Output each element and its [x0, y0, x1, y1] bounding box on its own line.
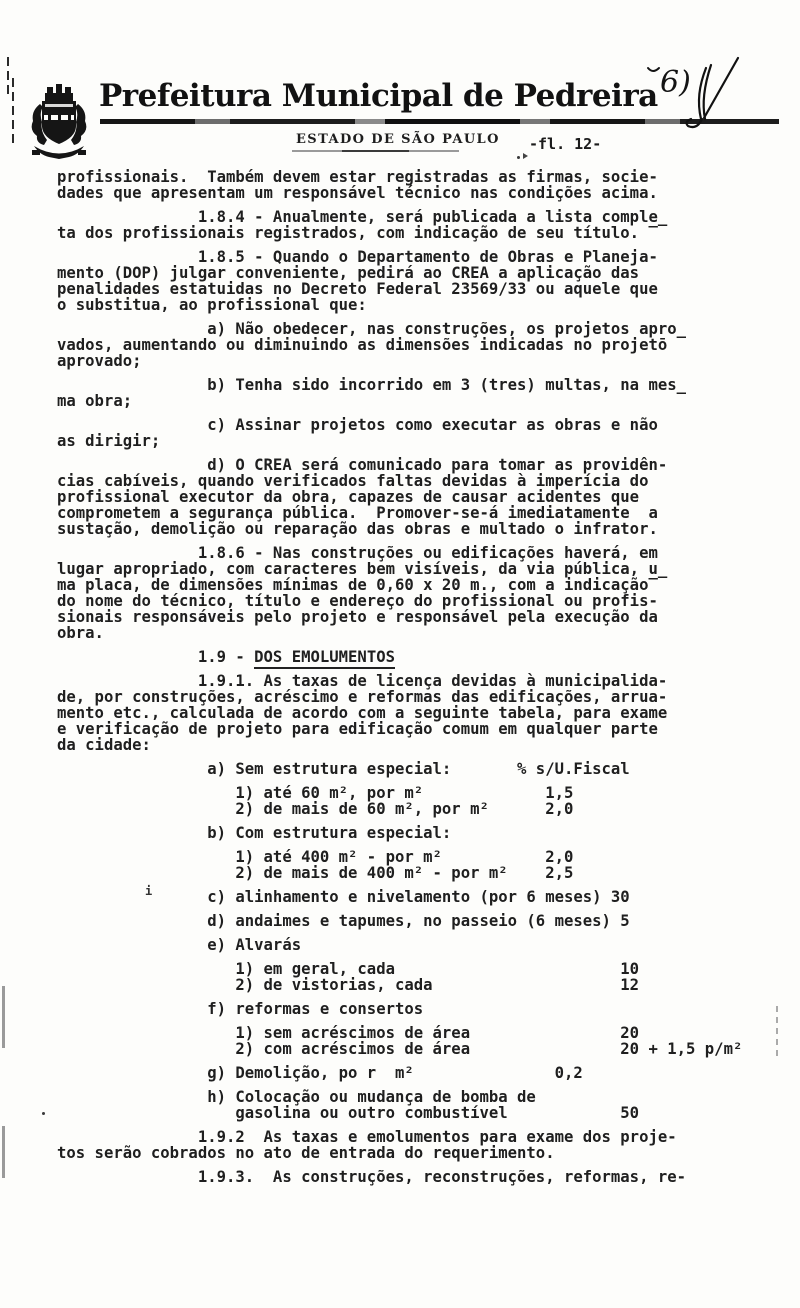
text-line: 1) até 60 m², por m² 1,5: [57, 785, 742, 801]
heading-prefix: 1.9 -: [57, 648, 254, 666]
text-line: lugar apropriado, com caracteres bem vis…: [57, 561, 742, 577]
text-line: 1.8.4 - Anualmente, será publicada a lis…: [57, 209, 742, 225]
text-line: cias cabíveis, quando verificados faltas…: [57, 473, 742, 489]
fee-table-a-items: 1) até 60 m², por m² 1,5 2) de mais de 6…: [57, 785, 742, 817]
header-subtitle-rule: [292, 150, 459, 152]
fee-table-c: c) alinhamento e nivelamento (por 6 mese…: [57, 889, 742, 905]
scan-artifact-top-left-bar: [7, 57, 9, 97]
municipal-coat-of-arms-icon: [18, 84, 100, 164]
text-line: dades que apresentam um responsável técn…: [57, 185, 742, 201]
text-line: d) O CREA será comunicado para tomar as …: [57, 457, 742, 473]
document-body: profissionais. Também devem estar regist…: [57, 169, 742, 1193]
text-line: vados, aumentando ou diminuindo as dimen…: [57, 337, 742, 353]
text-line: de, por construções, acréscimo e reforma…: [57, 689, 742, 705]
fee-table-g: g) Demolição, po r m² 0,2: [57, 1065, 742, 1081]
text-line: d) andaimes e tapumes, no passeio (6 mes…: [57, 913, 742, 929]
text-line: 1) sem acréscimos de área 20: [57, 1025, 742, 1041]
scan-artifact-dot-2: [517, 156, 520, 159]
heading-1-9: 1.9 - DOS EMOLUMENTOS: [57, 649, 742, 665]
scan-artifact-caret: [523, 153, 528, 159]
para-1-8-4: 1.8.4 - Anualmente, será publicada a lis…: [57, 209, 742, 241]
para-1-9-3: 1.9.3. As construções, reconstruções, re…: [57, 1169, 742, 1185]
fee-table-e-header: e) Alvarás: [57, 937, 742, 953]
page-title: Prefeitura Municipal de Pedreira: [99, 78, 658, 114]
text-line: da cidade:: [57, 737, 742, 753]
text-line: c) alinhamento e nivelamento (por 6 mese…: [57, 889, 742, 905]
text-line: as dirigir;: [57, 433, 742, 449]
text-line: profissionais. Também devem estar regist…: [57, 169, 742, 185]
scan-artifact-left-margin-bar: [2, 986, 5, 1048]
item-c: c) Assinar projetos como executar as obr…: [57, 417, 742, 449]
fee-table-f-items: 1) sem acréscimos de área 20 2) com acré…: [57, 1025, 742, 1057]
text-line: do nome do técnico, título e endereço do…: [57, 593, 742, 609]
text-line: e) Alvarás: [57, 937, 742, 953]
header-subtitle: ESTADO DE SÃO PAULO: [296, 132, 500, 147]
item-b: b) Tenha sido incorrido em 3 (tres) mult…: [57, 377, 742, 409]
text-line: b) Com estrutura especial:: [57, 825, 742, 841]
fee-table-e-items: 1) em geral, cada 10 2) de vistorias, ca…: [57, 961, 742, 993]
fee-table-f-header: f) reformas e consertos: [57, 1001, 742, 1017]
text-line: penalidades estatuidas no Decreto Federa…: [57, 281, 742, 297]
para-1-8-6: 1.8.6 - Nas construções ou edificações h…: [57, 545, 742, 641]
text-line: a) Sem estrutura especial: % s/U.Fiscal: [57, 761, 742, 777]
text-line: f) reformas e consertos: [57, 1001, 742, 1017]
text-line: profissional executor da obra, capazes d…: [57, 489, 742, 505]
text-line: gasolina ou outro combustível 50: [57, 1105, 742, 1121]
scan-artifact-left-crest-bar: [12, 78, 14, 148]
scan-artifact-stray-mark: i: [145, 884, 152, 898]
text-line: 2) de mais de 400 m² - por m² 2,5: [57, 865, 742, 881]
item-d: d) O CREA será comunicado para tomar as …: [57, 457, 742, 537]
text-line: h) Colocação ou mudança de bomba de: [57, 1089, 742, 1105]
handwritten-page-number: 6): [638, 46, 778, 146]
text-line: 1.8.6 - Nas construções ou edificações h…: [57, 545, 742, 561]
para-1-8-3-continuation: profissionais. Também devem estar regist…: [57, 169, 742, 201]
text-line: tos serão cobrados no ato de entrada do …: [57, 1145, 742, 1161]
text-line: b) Tenha sido incorrido em 3 (tres) mult…: [57, 377, 742, 393]
para-1-9-1: 1.9.1. As taxas de licença devidas à mun…: [57, 673, 742, 753]
para-1-8-5: 1.8.5 - Quando o Departamento de Obras e…: [57, 249, 742, 313]
text-line: mento (DOP) julgar conveniente, pedirá a…: [57, 265, 742, 281]
text-line: ma obra;: [57, 393, 742, 409]
text-line: o substitua, ao profissional que:: [57, 297, 742, 313]
scan-artifact-left-margin-bar-2: [2, 1126, 5, 1178]
fee-table-b-items: 1) até 400 m² - por m² 2,0 2) de mais de…: [57, 849, 742, 881]
text-line: 1.9.2 As taxas e emolumentos para exame …: [57, 1129, 742, 1145]
fee-table-b-header: b) Com estrutura especial:: [57, 825, 742, 841]
text-line: ma placa, de dimensões mínimas de 0,60 x…: [57, 577, 742, 593]
text-line: sustação, demolição ou reparação das obr…: [57, 521, 742, 537]
text-line: obra.: [57, 625, 742, 641]
text-line: a) Não obedecer, nas construções, os pro…: [57, 321, 742, 337]
text-line: aprovado;: [57, 353, 742, 369]
scanned-document-page: Prefeitura Municipal de Pedreira ESTADO …: [0, 0, 800, 1308]
para-1-9-2: 1.9.2 As taxas e emolumentos para exame …: [57, 1129, 742, 1161]
text-line: comprometem a segurança pública. Promove…: [57, 505, 742, 521]
text-line: 2) com acréscimos de área 20 + 1,5 p/m²: [57, 1041, 742, 1057]
text-line: mento etc., calculada de acordo com a se…: [57, 705, 742, 721]
item-a: a) Não obedecer, nas construções, os pro…: [57, 321, 742, 369]
fee-table-d: d) andaimes e tapumes, no passeio (6 mes…: [57, 913, 742, 929]
text-line: 1.9.3. As construções, reconstruções, re…: [57, 1169, 742, 1185]
underlined-heading-text: DOS EMOLUMENTOS: [254, 648, 395, 669]
text-line: 1.9 - DOS EMOLUMENTOS: [57, 649, 742, 665]
text-line: 1.9.1. As taxas de licença devidas à mun…: [57, 673, 742, 689]
scan-artifact-right-margin-dashes: [776, 1006, 778, 1056]
text-line: 2) de mais de 60 m², por m² 2,0: [57, 801, 742, 817]
fee-table-h: h) Colocação ou mudança de bomba de gaso…: [57, 1089, 742, 1121]
text-line: e verificação de projeto para edificação…: [57, 721, 742, 737]
text-line: sionais responsáveis pelo projeto e resp…: [57, 609, 742, 625]
handwritten-digit: 6): [660, 65, 691, 100]
text-line: 2) de vistorias, cada 12: [57, 977, 742, 993]
scan-artifact-dot: [42, 1112, 45, 1115]
text-line: g) Demolição, po r m² 0,2: [57, 1065, 742, 1081]
folio-number: -fl. 12-: [529, 135, 601, 153]
text-line: 1.8.5 - Quando o Departamento de Obras e…: [57, 249, 742, 265]
text-line: 1) até 400 m² - por m² 2,0: [57, 849, 742, 865]
fee-table-a-header: a) Sem estrutura especial: % s/U.Fiscal: [57, 761, 742, 777]
text-line: ta dos profissionais registrados, com in…: [57, 225, 742, 241]
text-line: c) Assinar projetos como executar as obr…: [57, 417, 742, 433]
text-line: 1) em geral, cada 10: [57, 961, 742, 977]
